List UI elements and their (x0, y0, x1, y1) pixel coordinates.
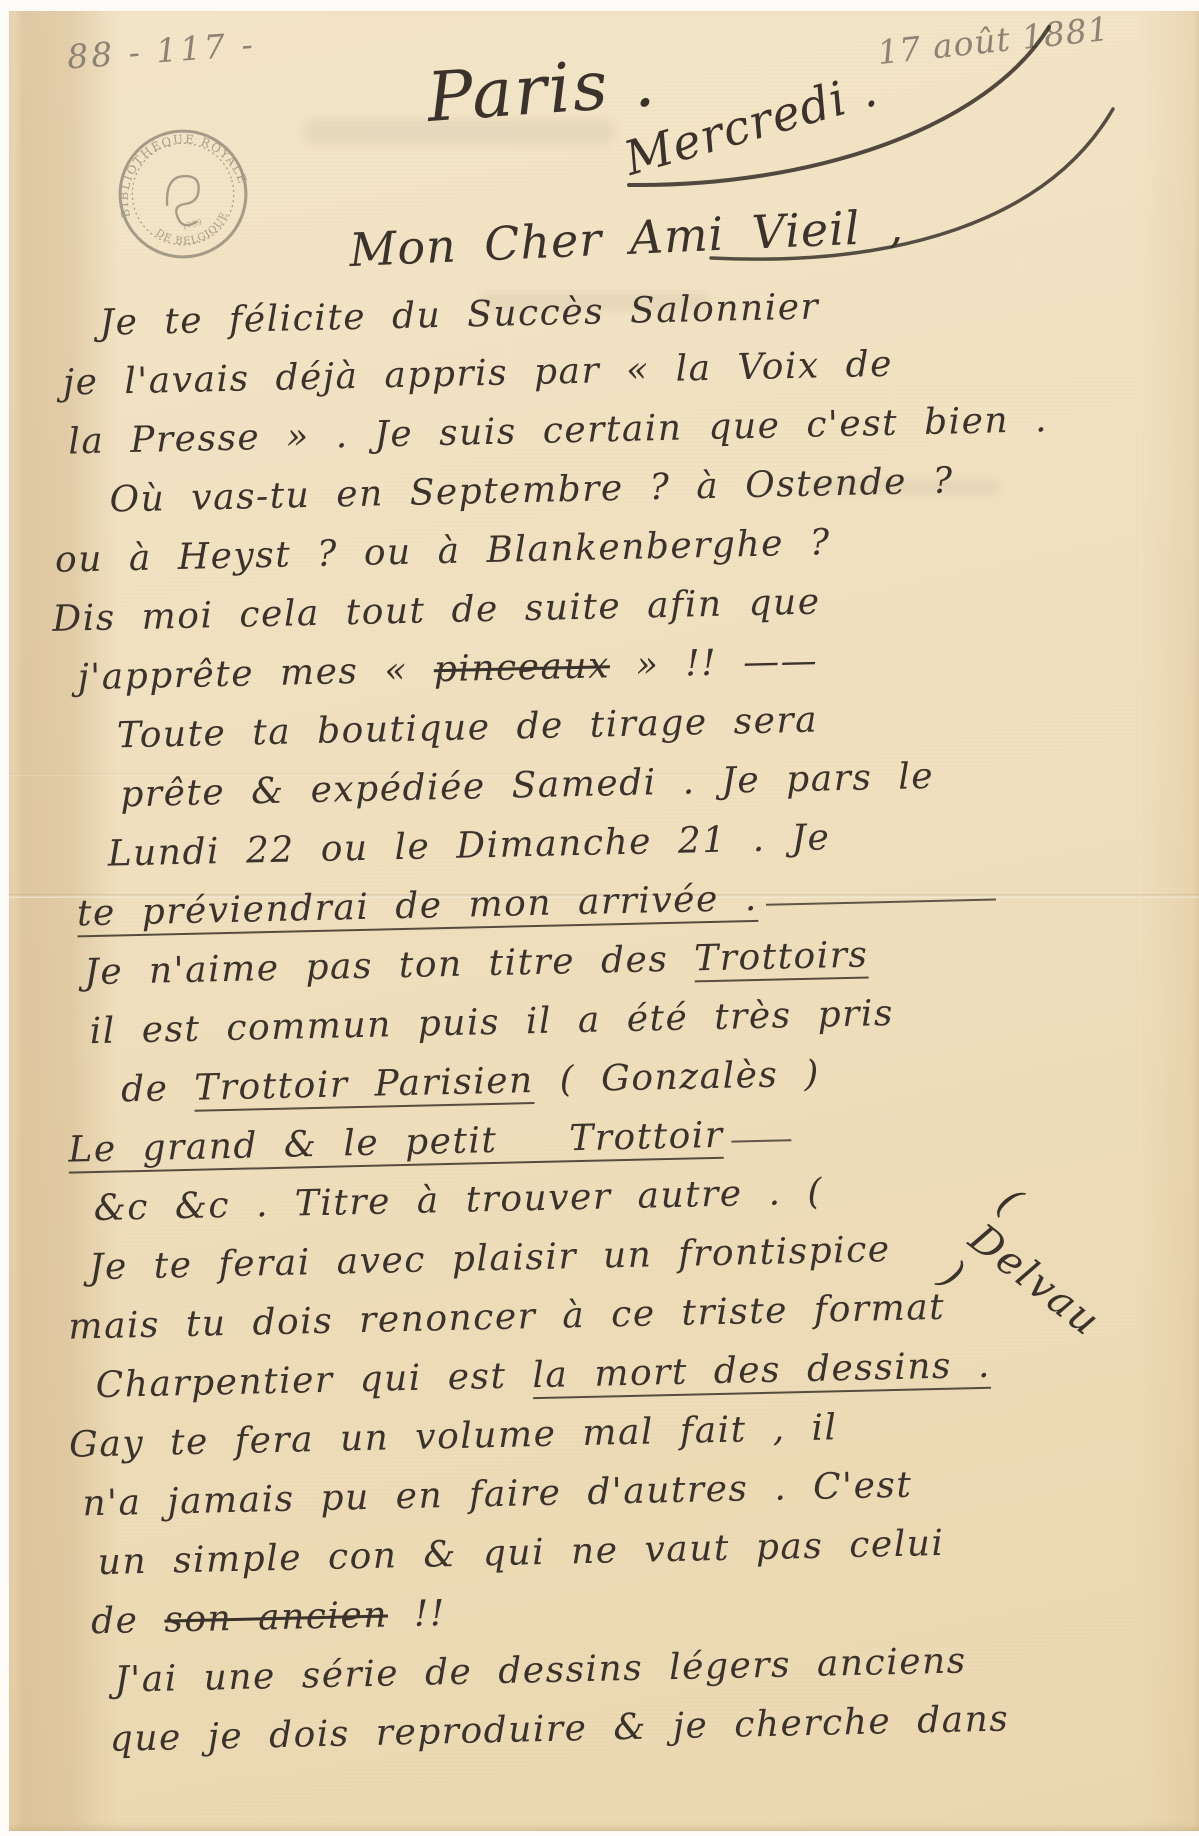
underlined-text: Trottoirs (694, 934, 869, 982)
letter-line-text: Gay te fera un volume mal fait , il (69, 1407, 838, 1465)
heading-city: Paris . (425, 43, 660, 138)
underlined-text: Trottoir Parisien (194, 1060, 534, 1112)
letter-line-text: Trottoir (569, 1115, 724, 1159)
letter-line-text: que je dois reproduire & je cherche dans (109, 1698, 1009, 1759)
underlined-text: Le grand & le petit Trottoir (68, 1115, 724, 1174)
letter-line-text: Dis moi cela tout de suite afin que (52, 581, 821, 639)
underline-extension (766, 899, 996, 906)
letter-line-text: prête & expédiée Samedi . Je pars le (120, 756, 935, 815)
letter-line-text: ( Gonzalès ) (533, 1054, 820, 1101)
letter-line-text: il est commun puis il a été très pris (89, 993, 894, 1052)
letter-body: Je te félicite du Succès Salonnier je l'… (43, 269, 1199, 1770)
letter-line-text: j'apprête mes « (77, 649, 434, 698)
underlined-text: te préviendrai de mon arrivée . (77, 878, 759, 937)
letter-line-text: n'a jamais pu en faire d'autres . C'est (82, 1465, 913, 1525)
letter-line-text: Lundi 22 ou le Dimanche 21 . Je (107, 817, 830, 874)
letter-line-text: de (91, 1600, 165, 1643)
underlined-text: la mort des dessins . (532, 1345, 991, 1399)
stamp-number: 1739 (180, 217, 203, 232)
letter-line-text: Charpentier qui est (95, 1355, 533, 1406)
letter-line-text: je l'avais déjà appris par « la Voix de (63, 344, 894, 404)
underline-extension (732, 1139, 792, 1142)
letter-line-text: » !! —— (609, 641, 818, 687)
letter-line-text: mais tu dois renoncer à ce triste format (68, 1287, 946, 1348)
struck-word: pinceaux (433, 645, 610, 690)
letter-line-text: J'ai une série de dessins légers anciens (114, 1640, 967, 1700)
letter-line-text: !! (387, 1593, 446, 1635)
letter-line-text: Le grand & le petit (68, 1119, 524, 1170)
letter-line-text: de (121, 1068, 195, 1111)
letter-line-text: &c &c . Titre à trouver autre . ( (93, 1172, 823, 1230)
heading-day: Mercredi . (618, 62, 883, 187)
letter-line-text: Je n'aime pas ton titre des (84, 938, 695, 993)
letter-line-text: Toute ta boutique de tirage sera (117, 700, 819, 757)
letter-line-text: Je te ferai avec plaisir un frontispice (89, 1229, 891, 1288)
stamp-bottom-text: DE BELGIQUE (152, 208, 237, 257)
date-annotation: 17 août 1881 (876, 9, 1112, 72)
library-stamp: BIBLIOTHÈQUE ROYALE DE BELGIQUE 1739 (95, 106, 271, 282)
struck-text: son ancien (164, 1595, 388, 1641)
letter-line-text: ou à Heyst ? ou à Blankenberghe ? (55, 522, 832, 581)
letter-line-text: Où vas-tu en Septembre ? à Ostende ? (109, 460, 954, 520)
letter-page: 88 - 117 - 17 août 1881 Paris . Mercredi… (9, 11, 1199, 1831)
archival-number: 88 - 117 - (66, 24, 257, 76)
letter-line-text: Je te félicite du Succès Salonnier (99, 286, 819, 343)
salutation: Mon Cher Ami Vieil , (348, 199, 905, 277)
letter-line-text: un simple con & qui ne vaut pas celui (97, 1523, 945, 1583)
